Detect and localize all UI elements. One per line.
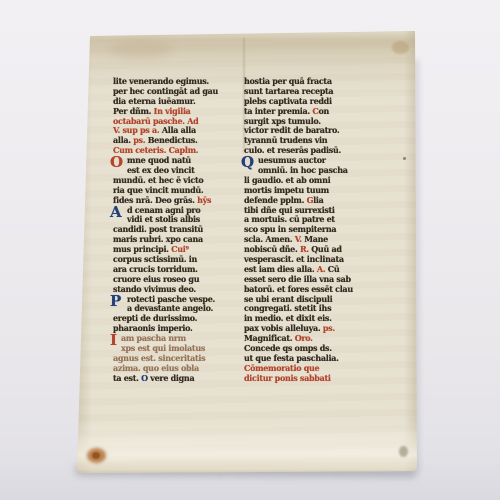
body-text: rotecti pasche vespe. <box>127 294 215 304</box>
body-text: vere digna <box>148 373 195 383</box>
text-line: dicitur ponis sabbati <box>244 374 374 384</box>
body-text: hostia per quā fracta <box>244 76 332 86</box>
body-text: am pascha nrm <box>121 333 186 343</box>
body-text: Mane <box>304 234 328 244</box>
body-text: scla. Amen. <box>244 234 295 244</box>
body-text: est ex deo vincit <box>127 165 195 175</box>
body-text: defende pplm. <box>244 195 307 205</box>
body-text: stando vivimus deo. <box>113 284 196 294</box>
rubric-text: A. <box>317 264 328 274</box>
text-column-right: hostia per quā fractasunt tartarea recep… <box>244 77 374 384</box>
body-text: se ubi erant discipuli <box>244 294 332 304</box>
body-text: pharaonis imperio. <box>113 323 193 333</box>
body-text: omniū. in hoc pascha <box>258 165 348 175</box>
rubric-text: Cum ceteris. Caplm. <box>113 145 198 155</box>
body-text: tibi dñe qui surrexisti <box>244 205 335 215</box>
body-text: Cū <box>328 264 340 274</box>
body-text: a devastante angelo. <box>127 303 213 313</box>
body-text: candidi. post transitū <box>113 224 203 234</box>
stain-bottom-right <box>399 446 408 457</box>
body-text: vesperascit. et inclinata <box>244 254 344 264</box>
body-text: ta inter premia. <box>244 106 312 116</box>
rubric-text: Oro. <box>295 333 313 343</box>
body-text: Benedictus. <box>148 135 198 145</box>
vellum-manuscript-leaf: lite venerando egimus.per hec contingāt … <box>0 0 500 500</box>
body-text: fides nrā. Deo grās. <box>113 195 197 205</box>
rubric-text: V. sup ps a. <box>113 125 162 135</box>
body-text: plebs captivata reddi <box>244 96 332 106</box>
body-text: in medio. et dixit eis. <box>244 313 332 323</box>
body-text: ta est. <box>113 373 141 383</box>
body-text: vidi et stolis albis <box>127 214 200 224</box>
body-text: uesumus auctor <box>258 155 326 165</box>
body-text: mundū. et hec ē victo <box>113 175 203 185</box>
body-text: per hec contingāt ad gau <box>113 86 218 96</box>
stain-bottom-left-core <box>92 452 100 459</box>
body-text: nobiscū dñe. <box>244 244 300 254</box>
body-text: Per dñm. <box>113 106 154 116</box>
body-text: victor redit de baratro. <box>244 125 339 135</box>
body-text: erepti de durissimo. <box>113 313 197 323</box>
body-text: Quū ad <box>311 244 341 254</box>
body-text: mne quod natū <box>127 155 191 165</box>
body-text: Alla alla <box>162 125 196 135</box>
body-text: lite venerando egimus. <box>113 76 209 86</box>
speck-right-edge <box>403 157 406 160</box>
rubric-text: In vigilia <box>154 106 191 116</box>
rubric-text: Cōmemoratio que <box>244 363 319 373</box>
rubric-text: ps. <box>133 135 147 145</box>
rubric-text: hȳs <box>197 195 211 205</box>
body-text: on <box>318 106 329 116</box>
body-text: dia eterna iuēamur. <box>113 96 195 106</box>
body-text: surgit xps tumulo. <box>244 116 321 126</box>
body-text: Magnificat. <box>244 333 295 343</box>
body-text: d cenam agni pro <box>127 205 200 215</box>
body-text: azima. quo eius obla <box>113 363 199 373</box>
body-text: sco spu in sempiterna <box>244 224 336 234</box>
body-text: mus principi. <box>113 244 171 254</box>
body-text: ara crucis torridum. <box>113 264 198 274</box>
rubric-text: octabarū pasche. Ad <box>113 116 198 126</box>
body-text: est iam dies alla. <box>244 264 317 274</box>
text-column-left: lite venerando egimus.per hec contingāt … <box>113 77 241 384</box>
text-line: ta est. O vere digna <box>113 374 241 384</box>
body-text: mortis impetu tuum <box>244 185 329 195</box>
body-text: tyrannū trudens vin <box>244 135 327 145</box>
body-text: ut que festa paschalia. <box>244 353 339 363</box>
rubric-text: V. <box>295 234 304 244</box>
body-text: sunt tartarea recepta <box>244 86 333 96</box>
rubric-text: Cui⁹ <box>171 244 189 254</box>
body-text: cruore eius roseo gu <box>113 274 199 284</box>
body-text: esset sero die illa vna sab <box>244 274 351 284</box>
body-text: maris rubri. xpo cana <box>113 234 203 244</box>
body-text: batorū. et fores essēt clau <box>244 284 353 294</box>
rubric-text: ps. <box>323 323 335 333</box>
body-text: culo. et reserās padisū. <box>244 145 341 155</box>
rubric-text: R. <box>300 244 311 254</box>
body-text: Concede qs omps ds. <box>244 343 332 353</box>
rubric-text: dicitur ponis sabbati <box>244 373 331 383</box>
body-text: ria que vincit mundū. <box>113 185 203 195</box>
auction-photo-manuscript-leaf: lite venerando egimus.per hec contingāt … <box>0 0 500 500</box>
stain-top-right <box>392 41 409 54</box>
body-text: lia <box>313 195 323 205</box>
blue-initial-text: O <box>141 373 148 383</box>
smudge-top-left <box>110 40 172 58</box>
body-text: congregati. stetit ihs <box>244 303 331 313</box>
body-text: li gaudio. et ab omni <box>244 175 330 185</box>
body-text: corpus sctissimū. in <box>113 254 197 264</box>
body-text: xps est qui imolatus <box>121 343 205 353</box>
body-text: agnus est. sinceritatis <box>113 353 205 363</box>
body-text: a mortuis. cū patre et <box>244 214 335 224</box>
body-text: pax vobis alleluya. <box>244 323 323 333</box>
body-text: alla. <box>113 135 133 145</box>
